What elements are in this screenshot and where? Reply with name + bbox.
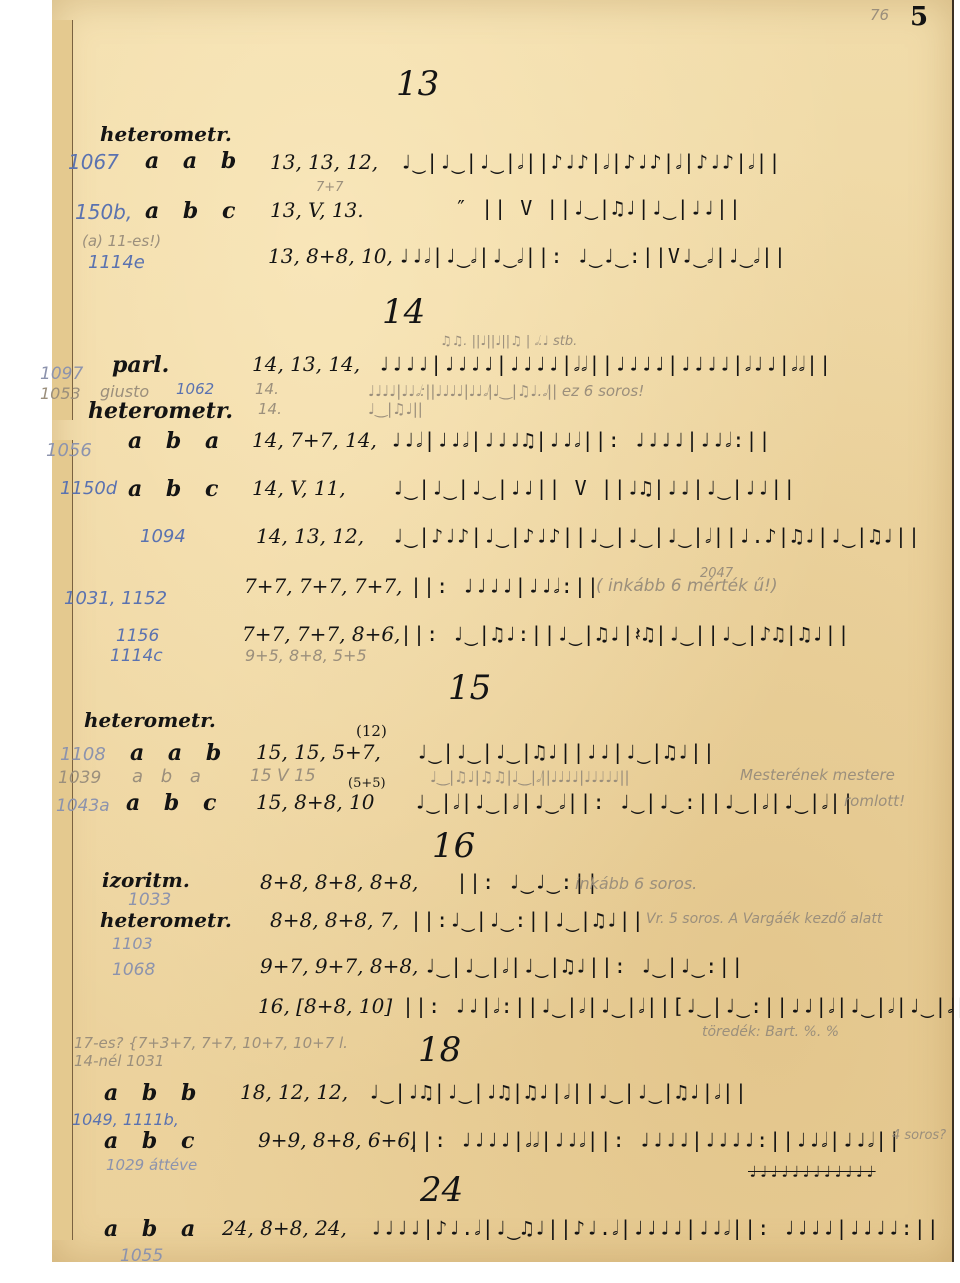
rhyme-scheme: a b a: [104, 1216, 203, 1242]
pencil-note: ( inkább 6 mérték ű!): [596, 576, 778, 596]
page-number: 5: [910, 2, 928, 32]
pencil-note: Mesterének mestere: [740, 766, 895, 784]
rhythm-notation: ″ || V ||♩‿|♫♩|♩‿|♩♩||: [455, 196, 742, 220]
rhyme-scheme: a a b: [145, 148, 244, 174]
syllable-meter: 13, V, 13.: [270, 198, 364, 222]
rhythm-notation: ||:♩‿|♩‿:||♩‿|♫♩||: [410, 908, 645, 932]
reference-number: 1068: [112, 960, 155, 980]
rhyme-scheme: a a b: [130, 740, 229, 766]
meter-note: (5+5): [348, 776, 386, 791]
syllable-meter: 24, 8+8, 24,: [222, 1216, 347, 1240]
syllable-meter: 8+8, 8+8, 7,: [270, 908, 399, 932]
reference-number: 1031, 1152: [64, 588, 167, 609]
syllable-meter: 7+7, 7+7, 7+7,: [244, 574, 402, 598]
reference-number: 1094: [140, 526, 186, 547]
section-heading-15: 15: [448, 668, 491, 708]
rhythm-notation: ♩‿|𝅗𝅥|♩‿|𝅗𝅥|♩‿𝅗𝅥||: ♩‿|♩‿:||♩‿|𝅗𝅥|♩‿|𝅗𝅥|…: [414, 790, 855, 814]
syllable-meter: 15 V 15: [250, 766, 316, 786]
reference-number: 1067: [68, 150, 119, 174]
category-label: izoritm.: [102, 868, 190, 892]
reference-number: 1039: [58, 768, 101, 788]
syllable-meter: 13, 13, 12,: [270, 150, 378, 174]
rhyme-scheme: parl.: [112, 352, 169, 378]
reference-number: 1108: [60, 744, 106, 765]
pencil-note: 4 soros?: [892, 1128, 946, 1143]
rhyme-scheme: a b b: [104, 1080, 204, 1106]
reference-number: 1062: [176, 380, 214, 398]
rhythm-notation: ♩♩♩♩|♩♩𝅗𝅥:||♩♩♩♩|♩♩𝅗𝅥|♩‿|♫♩.𝅗𝅥|| ez 6 so…: [368, 382, 644, 400]
rhyme-scheme: a b c: [126, 790, 224, 816]
syllable-meter: 15, 8+8, 10: [256, 790, 375, 814]
syllable-meter: 14.: [255, 380, 279, 398]
category-label: heterometr.: [88, 398, 233, 424]
syllable-meter: 14, V, 11,: [252, 476, 346, 500]
rhythm-notation: ♩‿|♪♩♪|♩‿|♪♩♪||♩‿|♩‿|♩‿|𝅗𝅥||♩.♪|♫♩|♩‿|♫♩…: [392, 524, 921, 548]
reference-number: 1056: [46, 440, 92, 461]
syllable-meter: 13, 8+8, 10,: [268, 244, 393, 268]
category-label: heterometr.: [84, 708, 216, 732]
syllable-meter: 16, [8+8, 10]: [258, 994, 392, 1018]
pencil-page-number: 76: [870, 6, 889, 24]
rhyme-scheme: a b a: [132, 766, 207, 787]
torn-edge: [52, 1262, 952, 1283]
rhythm-notation: ||: ♩♩♩♩|𝅗𝅥𝅗𝅥|♩♩𝅗𝅥||: ♩♩♩♩|♩♩♩♩:||♩♩𝅗𝅥|♩…: [408, 1128, 901, 1152]
syllable-meter: 8+8, 8+8, 8+8,: [260, 870, 418, 894]
syllable-meter: 14, 13, 14,: [252, 352, 360, 376]
rhythm-notation: ♩♩𝅗𝅥|♩♩𝅗𝅥|♩♩♩♫|♩♩𝅗𝅥||: ♩♩♩♩|♩♩𝅗𝅥:||: [390, 428, 772, 452]
reference-number: 1114c: [110, 646, 163, 666]
rhythm-notation: ♩♩♩♩|♩♩♩♩|♩♩♩♩|𝅗𝅥𝅗𝅥||♩♩♩♩|♩♩♩♩|𝅗𝅥♩♩|𝅗𝅥𝅗𝅥…: [378, 352, 832, 376]
rhyme-scheme: a b c: [145, 198, 243, 224]
rhythm-notation: ♩‿|♩‿|𝅗𝅥|♩‿|♫♩||: ♩‿|♩‿:||: [424, 954, 744, 978]
syllable-meter: 14.: [258, 400, 282, 418]
pencil-note: Vr. 5 soros. A Vargáék kezdő alatt: [646, 910, 936, 928]
reference-number: 1097: [40, 364, 83, 384]
section-heading-18: 18: [418, 1030, 461, 1070]
reference-number: 1156: [116, 626, 159, 646]
rhythm-notation: ♩♩♩♩|♪♩.𝅗𝅥|♩‿♫♩||♪♩.𝅗𝅥|♩♩♩♩|♩♩𝅗𝅥||: ♩♩♩♩…: [370, 1216, 940, 1240]
pencil-note: 1029 áttéve: [106, 1156, 197, 1174]
rhythm-notation: ♩‿|♫♩||: [368, 400, 423, 418]
category-label: heterometr.: [100, 908, 232, 932]
syllable-meter: 15, 15, 5+7,: [256, 740, 381, 764]
meter-note: (12): [356, 722, 387, 740]
reference-number: 1053: [40, 384, 81, 403]
pencil-note: inkább 6 soros.: [575, 874, 697, 893]
syllable-meter: 14, 7+7, 14,: [252, 428, 377, 452]
rhythm-notation: ||: ♩‿|♫♩:||♩‿|♫♩|𝄽♫|♩‿||♩‿|♪♫|♫♩||: [400, 622, 851, 646]
syllable-meter: 18, 12, 12,: [240, 1080, 348, 1104]
meter-note: 7+7: [316, 180, 343, 195]
section-heading-14: 14: [382, 292, 425, 332]
pencil-annotation: ♫♫. ||♩||♩||♫ | 𝅗𝅥.♩ stb.: [440, 334, 577, 349]
reference-number: 1043a: [56, 796, 110, 816]
syllable-meter: 9+9, 8+8, 6+6,: [258, 1128, 416, 1152]
section-heading-16: 16: [432, 826, 475, 866]
category-label: heterometr.: [100, 122, 232, 146]
reference-number: 1049, 1111b,: [72, 1110, 179, 1129]
reference-number: 150b,: [75, 200, 132, 224]
rhythm-notation: ||: ♩♩|𝅗𝅥:||♩‿|𝅗𝅥|♩‿|𝅗𝅥||[♩‿|♩‿:||♩♩|𝅗𝅥|…: [402, 994, 960, 1018]
crossed-out-notation: ♩♩♩♩♩♩♩♩♩♩♩♩: [748, 1162, 876, 1181]
rhythm-notation: ♩♩𝅗𝅥|♩‿𝅗𝅥|♩‿𝅗𝅥||: ♩‿♩‿:||V♩‿𝅗𝅥|♩‿𝅗𝅥||: [398, 244, 787, 268]
rhyme-scheme: a b c: [128, 476, 226, 502]
rhythm-notation: ♩‿|♩‿|♩‿|𝅗𝅥||♪♩♪|𝅗𝅥|♪♩♪|𝅗𝅥|♪♩♪|𝅗𝅥||: [400, 150, 782, 174]
rhythm-notation: ♩‿|♫♩|♫♫|♩‿|𝅗𝅥||♩♩♩♩|♩♩♩♩♩||: [430, 768, 630, 786]
syllable-meter: 9+7, 9+7, 8+8,: [260, 954, 418, 978]
reference-number: 1114e: [88, 252, 145, 273]
pencil-note: (a) 11-es!): [82, 232, 161, 250]
folded-edge: [52, 860, 73, 1240]
reference-number: 1033: [128, 890, 171, 910]
reference-number: 1150d: [60, 478, 117, 499]
pencil-note: romlott!: [844, 792, 905, 810]
rhythm-notation: ♩‿|♩‿|♩‿|♫♩||♩♩|♩‿|♫♩||: [416, 740, 716, 764]
reference-number: 1103: [112, 934, 153, 953]
folded-edge: [52, 20, 73, 420]
pencil-side-note: 17-es? {7+3+7, 7+7, 10+7, 10+7 l. 14-nél…: [74, 1034, 374, 1070]
pencil-note: töredék: Bart. %. %: [702, 1024, 839, 1040]
syllable-meter: 7+7, 7+7, 8+6,: [242, 622, 400, 646]
rhythm-notation: ||: ♩♩♩♩|♩♩𝅗𝅥:||: [410, 574, 600, 598]
rhyme-scheme: a b a: [128, 428, 227, 454]
rhythm-notation: ♩‿|♩‿|♩‿|♩♩|| V ||♩♫|♩♩|♩‿|♩♩||: [392, 476, 796, 500]
rhythm-notation: ♩‿|♩♫|♩‿|♩♫|♫♩|𝅗𝅥||♩‿|♩‿|♫♩|𝅗𝅥||: [368, 1080, 748, 1104]
section-heading-24: 24: [420, 1170, 463, 1210]
alternate-meter: 9+5, 8+8, 5+5: [245, 646, 367, 665]
syllable-meter: 14, 13, 12,: [256, 524, 364, 548]
rhyme-scheme: a b c: [104, 1128, 202, 1154]
section-heading-13: 13: [396, 64, 439, 104]
